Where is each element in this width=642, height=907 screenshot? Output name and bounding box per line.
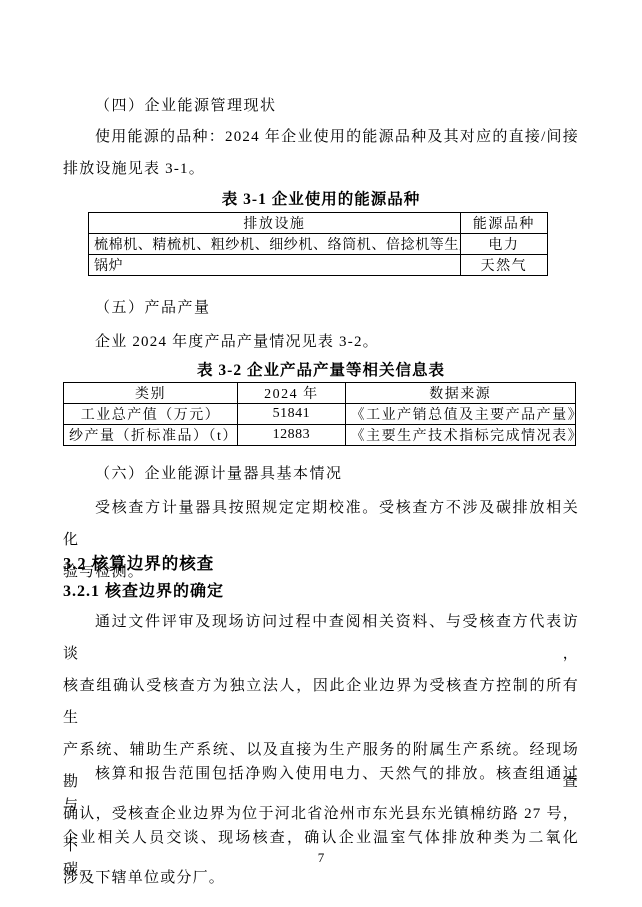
table-3-1: 排放设施 能源品种 梳棉机、精梳机、粗纱机、细纱机、络筒机、倍捻机等生产设备 电… [88, 212, 548, 276]
table-row: 锅炉 天然气 [89, 255, 548, 276]
table-cell: 天然气 [460, 255, 547, 276]
paragraph-product-output: 企业 2024 年度产品产量情况见表 3-2。 [63, 326, 579, 358]
column-header: 类别 [64, 383, 238, 404]
table-3-2: 类别 2024 年 数据来源 工业总产值（万元） 51841 《工业产销总值及主… [63, 382, 576, 446]
paragraph-line: 企业 2024 年度产品产量情况见表 3-2。 [63, 326, 579, 358]
table-row: 纱产量（折标准品）（t） 12883 《主要生产技术指标完成情况表》 [64, 425, 576, 446]
table-3-2-caption: 表 3-2 企业产品产量等相关信息表 [63, 360, 579, 382]
heading-3-2-1: 3.2.1 核查边界的确定 [63, 580, 579, 604]
paragraph-energy-types: 使用能源的品种：2024 年企业使用的能源品种及其对应的直接/间接 排放设施见表… [63, 121, 579, 185]
section-heading-5: （五）产品产量 [63, 296, 579, 320]
paragraph-line: 通过文件评审及现场访问过程中查阅相关资料、与受核查方代表访谈， [63, 606, 579, 670]
table-header-row: 类别 2024 年 数据来源 [64, 383, 576, 404]
document-page: （四）企业能源管理现状 使用能源的品种：2024 年企业使用的能源品种及其对应的… [0, 0, 642, 907]
heading-3-2: 3.2 核算边界的核查 [63, 552, 579, 576]
table-cell: 纱产量（折标准品）（t） [64, 425, 238, 446]
table-cell: 《主要生产技术指标完成情况表》 [345, 425, 575, 446]
column-header: 2024 年 [238, 383, 346, 404]
section-heading-6: （六）企业能源计量器具基本情况 [63, 462, 579, 486]
table-3-1-caption: 表 3-1 企业使用的能源品种 [63, 189, 579, 211]
table-row: 梳棉机、精梳机、粗纱机、细纱机、络筒机、倍捻机等生产设备 电力 [89, 234, 548, 255]
table-row: 工业总产值（万元） 51841 《工业产销总值及主要产品产量》 [64, 404, 576, 425]
section-heading-4: （四）企业能源管理现状 [63, 94, 579, 118]
column-header: 排放设施 [89, 213, 461, 234]
page-number: 7 [0, 850, 642, 866]
paragraph-line: 核算和报告范围包括净购入使用电力、天然气的排放。核查组通过与 [63, 758, 579, 822]
table-cell: 电力 [460, 234, 547, 255]
paragraph-line: 核查组确认受核查方为独立法人，因此企业边界为受核查方控制的所有生 [63, 670, 579, 734]
table-cell: 锅炉 [89, 255, 461, 276]
table-cell-value: 12883 [238, 425, 346, 446]
column-header: 能源品种 [460, 213, 547, 234]
table-cell: 《工业产销总值及主要产品产量》 [345, 404, 575, 425]
column-header: 数据来源 [345, 383, 575, 404]
table-cell-value: 51841 [238, 404, 346, 425]
paragraph-line: 排放设施见表 3-1。 [63, 153, 579, 185]
paragraph-line: 使用能源的品种：2024 年企业使用的能源品种及其对应的直接/间接 [63, 121, 579, 153]
table-cell: 工业总产值（万元） [64, 404, 238, 425]
paragraph-line: 受核查方计量器具按照规定定期校准。受核查方不涉及碳排放相关化 [63, 492, 579, 556]
table-cell: 梳棉机、精梳机、粗纱机、细纱机、络筒机、倍捻机等生产设备 [89, 234, 461, 255]
paragraph-scope: 核算和报告范围包括净购入使用电力、天然气的排放。核查组通过与 企业相关人员交谈、… [63, 758, 579, 886]
table-header-row: 排放设施 能源品种 [89, 213, 548, 234]
